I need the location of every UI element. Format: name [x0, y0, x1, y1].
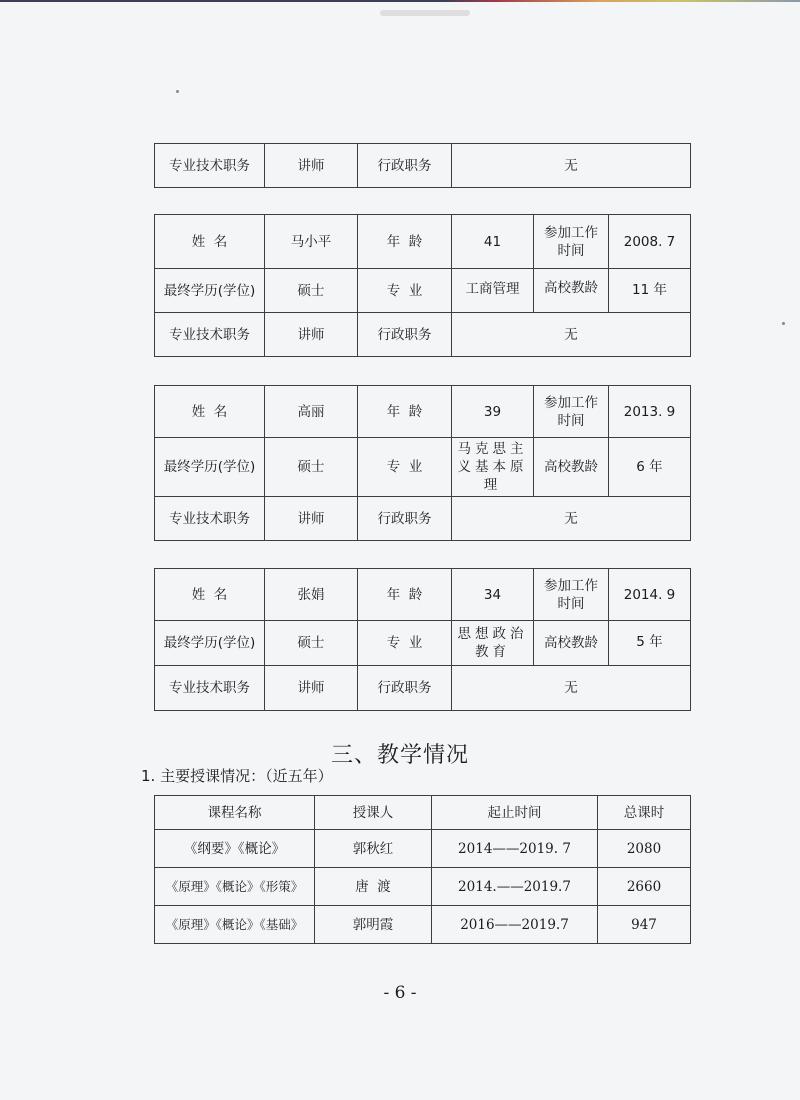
table-row: 姓 名 马小平 年 龄 41 参加工作时间 2008. 7: [155, 215, 691, 269]
instructor: 郭明霞: [315, 906, 432, 944]
scan-speck: [176, 90, 179, 93]
staff-table-partial: 专业技术职务 讲师 行政职务 无: [154, 143, 691, 188]
professional-title-value: 讲师: [265, 666, 358, 711]
admin-post-value: 无: [452, 313, 691, 357]
course-name: 《原理》《概论》《形策》: [155, 868, 315, 906]
label-admin-post: 行政职务: [358, 497, 452, 541]
table-row: 最终学历(学位) 硕士 专 业 马克思主义基本原理 高校教龄 6 年: [155, 438, 691, 497]
staff-table-2: 姓 名 高丽 年 龄 39 参加工作时间 2013. 9 最终学历(学位) 硕士…: [154, 385, 691, 541]
period: 2016——2019.7: [432, 906, 598, 944]
label-name: 姓 名: [155, 386, 265, 438]
teaching-years-value: 11 年: [609, 269, 691, 313]
staff-table-1: 姓 名 马小平 年 龄 41 参加工作时间 2008. 7 最终学历(学位) 硕…: [154, 214, 691, 357]
label-major: 专 业: [358, 438, 452, 497]
professional-title-value: 讲师: [265, 144, 358, 188]
label-work-start: 参加工作时间: [534, 215, 609, 269]
name-value: 马小平: [265, 215, 358, 269]
professional-title-value: 讲师: [265, 313, 358, 357]
table-row: 《原理》《概论》《基础》 郭明霞 2016——2019.7 947: [155, 906, 691, 944]
period: 2014.——2019.7: [432, 868, 598, 906]
table-row: 姓 名 张娟 年 龄 34 参加工作时间 2014. 9: [155, 569, 691, 621]
label-admin-post: 行政职务: [358, 666, 452, 711]
label-professional-title: 专业技术职务: [155, 666, 265, 711]
label-work-start: 参加工作时间: [534, 569, 609, 621]
instructor: 唐 渡: [315, 868, 432, 906]
major-value: 马克思主义基本原理: [452, 438, 534, 497]
professional-title-value: 讲师: [265, 497, 358, 541]
staff-table-3: 姓 名 张娟 年 龄 34 参加工作时间 2014. 9 最终学历(学位) 硕士…: [154, 568, 691, 711]
label-professional-title: 专业技术职务: [155, 144, 265, 188]
table-header-row: 课程名称 授课人 起止时间 总课时: [155, 796, 691, 830]
course-name: 《纲要》《概论》: [155, 830, 315, 868]
total-hours: 2660: [598, 868, 691, 906]
major-value: 思想政治教育: [452, 621, 534, 666]
education-value: 硕士: [265, 269, 358, 313]
admin-post-value: 无: [452, 497, 691, 541]
name-value: 高丽: [265, 386, 358, 438]
table-row: 专业技术职务 讲师 行政职务 无: [155, 144, 691, 188]
header-period: 起止时间: [432, 796, 598, 830]
table-row: 最终学历(学位) 硕士 专 业 思想政治教育 高校教龄 5 年: [155, 621, 691, 666]
total-hours: 947: [598, 906, 691, 944]
table-row: 《纲要》《概论》 郭秋红 2014——2019. 7 2080: [155, 830, 691, 868]
education-value: 硕士: [265, 438, 358, 497]
work-start-value: 2008. 7: [609, 215, 691, 269]
label-professional-title: 专业技术职务: [155, 497, 265, 541]
teaching-years-value: 5 年: [609, 621, 691, 666]
label-work-start: 参加工作时间: [534, 386, 609, 438]
label-professional-title: 专业技术职务: [155, 313, 265, 357]
teaching-years-value: 6 年: [609, 438, 691, 497]
table-row: 姓 名 高丽 年 龄 39 参加工作时间 2013. 9: [155, 386, 691, 438]
subsection-title: 1. 主要授课情况：（近五年）: [141, 765, 333, 786]
label-age: 年 龄: [358, 215, 452, 269]
education-value: 硕士: [265, 621, 358, 666]
label-teaching-years: 高校教龄: [534, 269, 609, 313]
label-teaching-years: 高校教龄: [534, 438, 609, 497]
name-value: 张娟: [265, 569, 358, 621]
major-value: 工商管理: [452, 269, 534, 313]
label-age: 年 龄: [358, 569, 452, 621]
scan-speck: [782, 322, 785, 325]
teaching-table: 课程名称 授课人 起止时间 总课时 《纲要》《概论》 郭秋红 2014——201…: [154, 795, 691, 944]
label-admin-post: 行政职务: [358, 313, 452, 357]
label-major: 专 业: [358, 269, 452, 313]
table-row: 《原理》《概论》《形策》 唐 渡 2014.——2019.7 2660: [155, 868, 691, 906]
scan-bleed-mark: [380, 10, 470, 16]
section-title: 三、教学情况: [0, 738, 800, 769]
page-number: - 6 -: [0, 983, 800, 1003]
header-instructor: 授课人: [315, 796, 432, 830]
age-value: 39: [452, 386, 534, 438]
table-row: 专业技术职务 讲师 行政职务 无: [155, 313, 691, 357]
label-major: 专 业: [358, 621, 452, 666]
label-admin-post: 行政职务: [358, 144, 452, 188]
age-value: 34: [452, 569, 534, 621]
work-start-value: 2014. 9: [609, 569, 691, 621]
table-row: 最终学历(学位) 硕士 专 业 工商管理 高校教龄 11 年: [155, 269, 691, 313]
age-value: 41: [452, 215, 534, 269]
admin-post-value: 无: [452, 666, 691, 711]
period: 2014——2019. 7: [432, 830, 598, 868]
header-total-hours: 总课时: [598, 796, 691, 830]
admin-post-value: 无: [452, 144, 691, 188]
course-name: 《原理》《概论》《基础》: [155, 906, 315, 944]
label-teaching-years: 高校教龄: [534, 621, 609, 666]
label-age: 年 龄: [358, 386, 452, 438]
table-row: 专业技术职务 讲师 行政职务 无: [155, 666, 691, 711]
label-education: 最终学历(学位): [155, 621, 265, 666]
instructor: 郭秋红: [315, 830, 432, 868]
label-name: 姓 名: [155, 569, 265, 621]
table-row: 专业技术职务 讲师 行政职务 无: [155, 497, 691, 541]
label-education: 最终学历(学位): [155, 438, 265, 497]
label-name: 姓 名: [155, 215, 265, 269]
total-hours: 2080: [598, 830, 691, 868]
work-start-value: 2013. 9: [609, 386, 691, 438]
scan-top-edge: [0, 0, 800, 2]
label-education: 最终学历(学位): [155, 269, 265, 313]
header-course-name: 课程名称: [155, 796, 315, 830]
